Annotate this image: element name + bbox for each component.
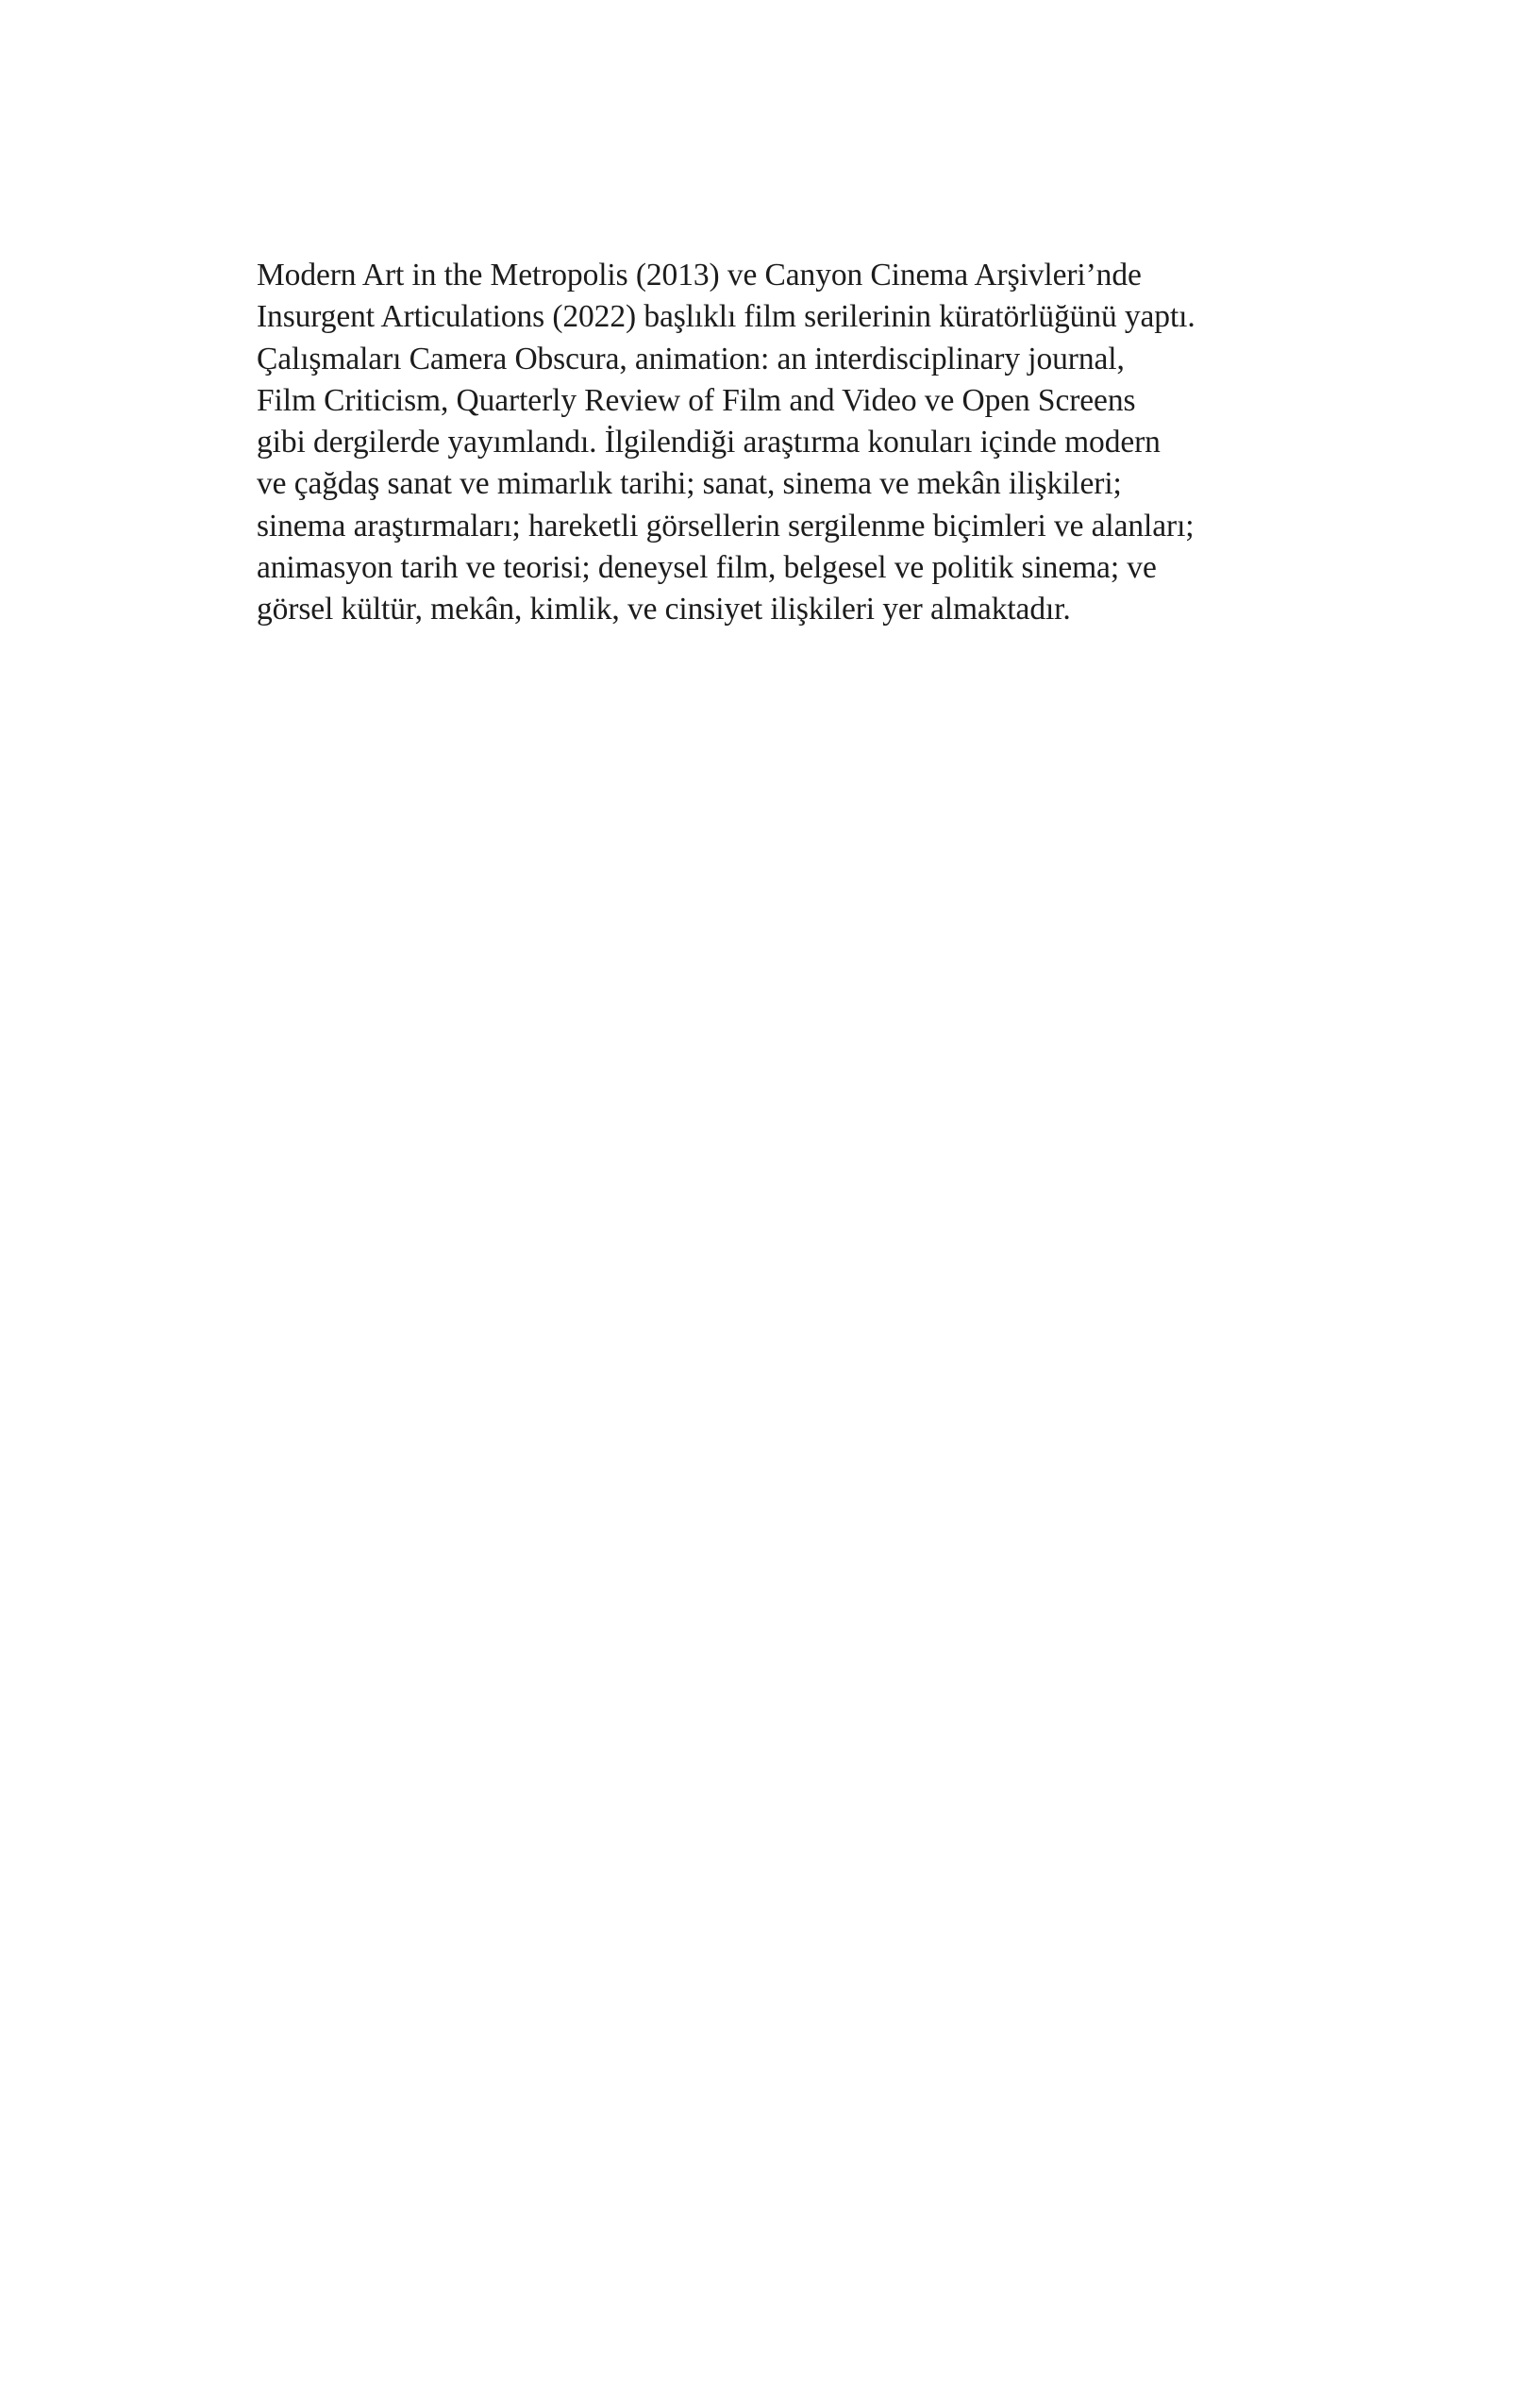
author-bio-paragraph: Modern Art in the Metropolis (2013) ve C… — [257, 255, 1332, 631]
document-page: Modern Art in the Metropolis (2013) ve C… — [0, 0, 1538, 2408]
bio-line: Çalışmaları Camera Obscura, animation: a… — [257, 339, 1332, 380]
bio-line: Film Criticism, Quarterly Review of Film… — [257, 380, 1332, 422]
bio-line: Insurgent Articulations (2022) başlıklı … — [257, 296, 1332, 338]
bio-line: sinema araştırmaları; hareketli görselle… — [257, 506, 1332, 547]
bio-line: ve çağdaş sanat ve mimarlık tarihi; sana… — [257, 463, 1332, 505]
bio-line: animasyon tarih ve teorisi; deneysel fil… — [257, 547, 1332, 589]
bio-line: Modern Art in the Metropolis (2013) ve C… — [257, 255, 1332, 296]
bio-line: gibi dergilerde yayımlandı. İlgilendiği … — [257, 422, 1332, 463]
bio-line: görsel kültür, mekân, kimlik, ve cinsiye… — [257, 589, 1332, 630]
